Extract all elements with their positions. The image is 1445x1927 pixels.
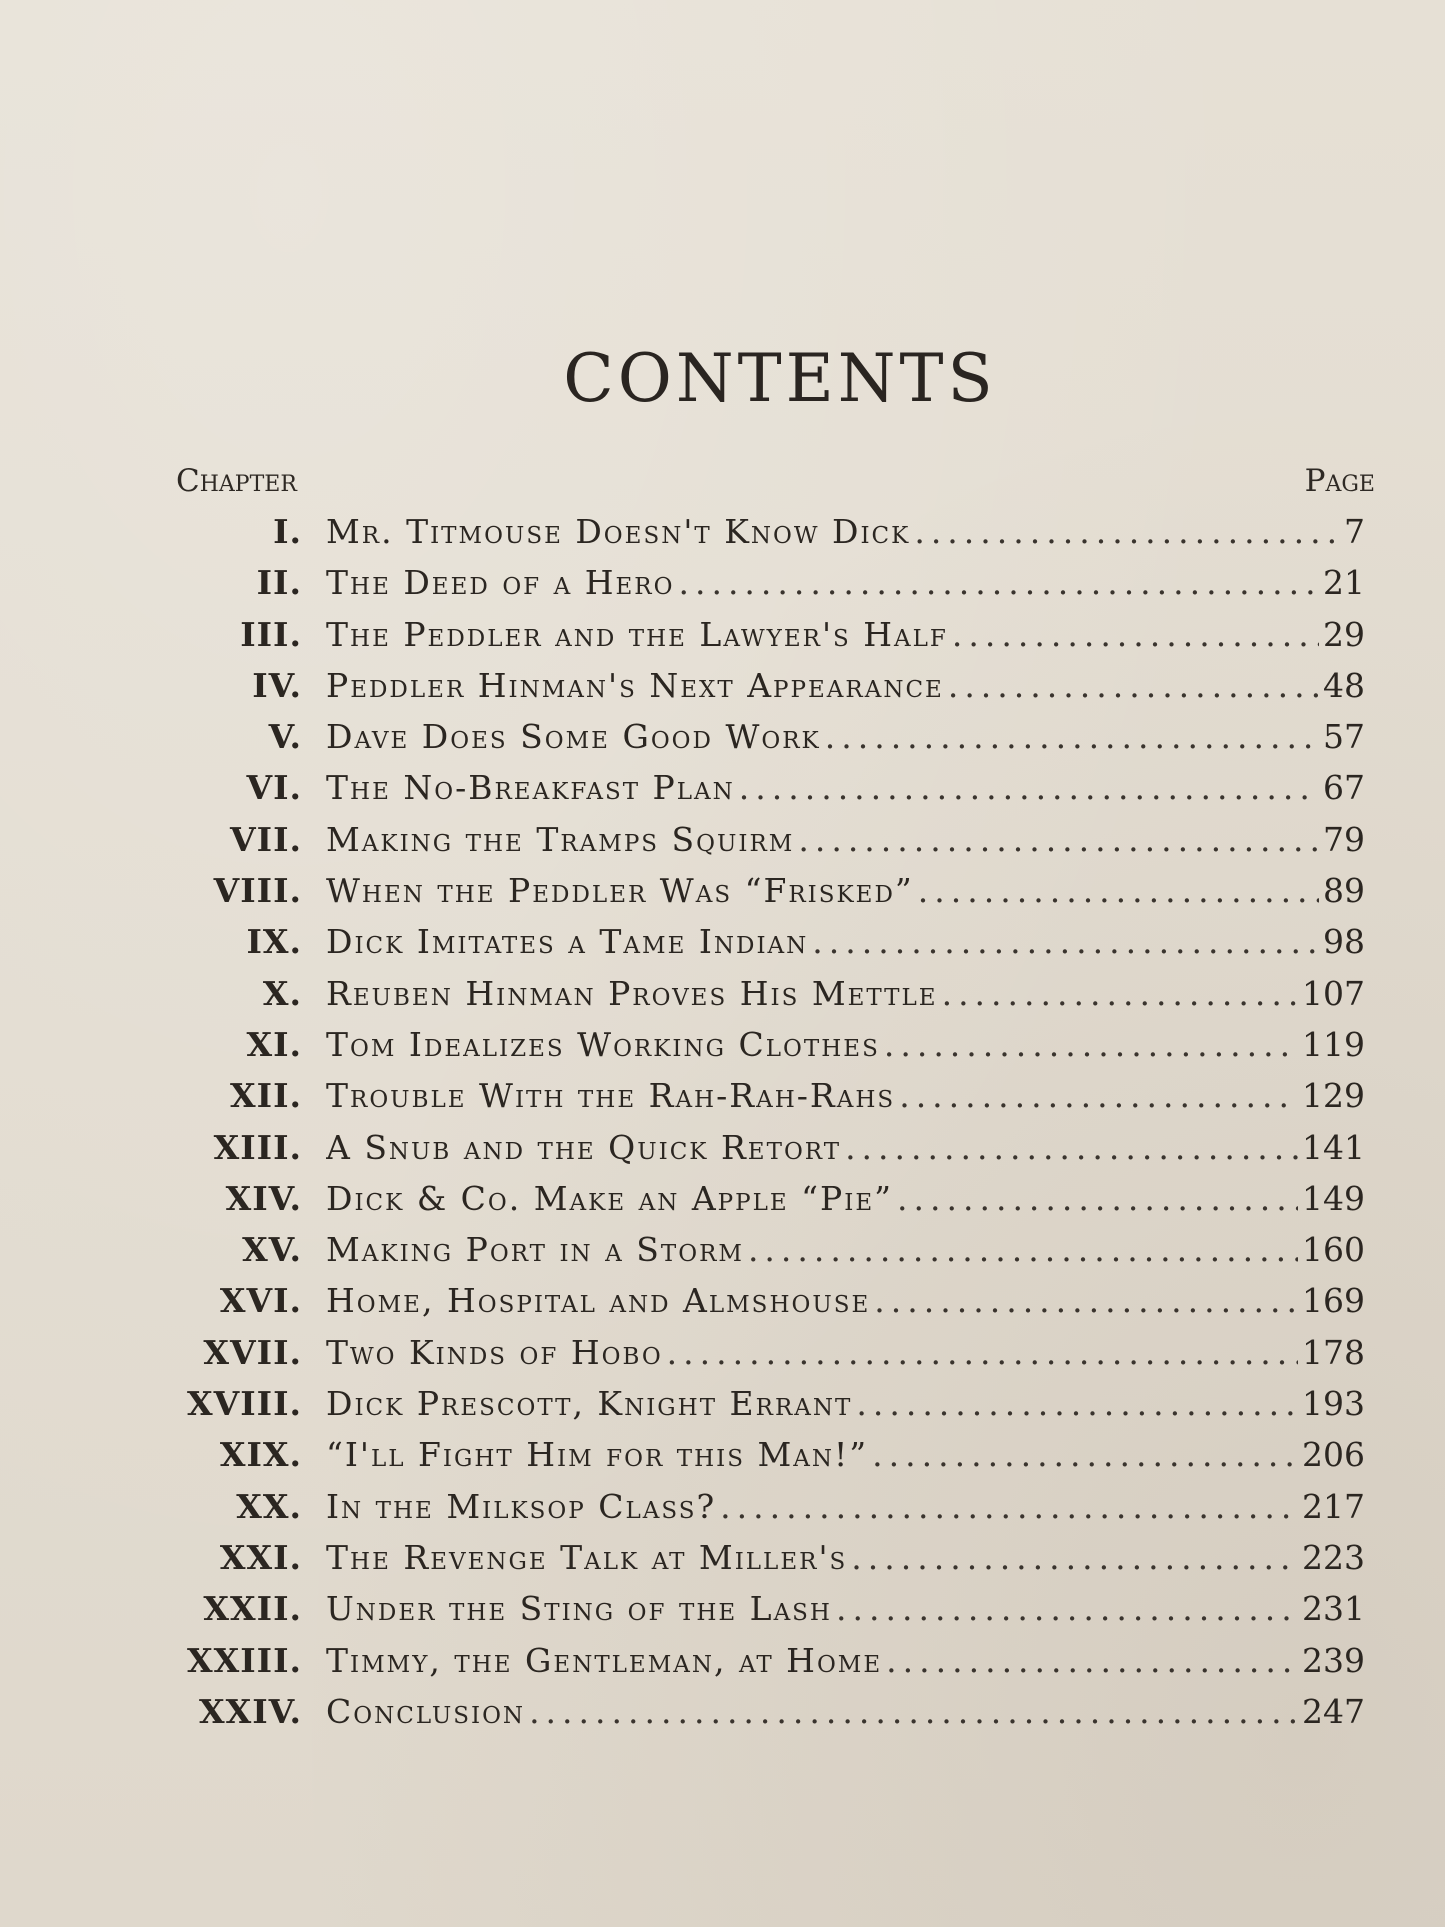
chapter-title: Trouble With the Rah-Rah-Rahs: [326, 1070, 899, 1121]
page-number: 107: [1298, 968, 1365, 1019]
chapter-title: Mr. Titmouse Doesn't Know Dick: [326, 506, 914, 557]
chapter-number: XIV.: [226, 1173, 302, 1224]
dot-leader: [845, 1122, 1298, 1173]
page-number: 67: [1319, 762, 1365, 813]
dot-leader: [872, 1429, 1298, 1480]
toc-entry: XV.Making Port in a Storm160: [0, 1224, 1445, 1275]
toc-entry: XVII.Two Kinds of Hobo178: [0, 1327, 1445, 1378]
dot-leader: [739, 762, 1319, 813]
dot-leader: [886, 1635, 1298, 1686]
chapter-title: Reuben Hinman Proves His Mettle: [326, 968, 942, 1019]
dot-leader: [856, 1378, 1298, 1429]
chapter-title: Dave Does Some Good Work: [326, 711, 825, 762]
page-number: 29: [1319, 609, 1365, 660]
dot-leader: [798, 814, 1319, 865]
chapter-title: A Snub and the Quick Retort: [326, 1122, 845, 1173]
page-number: 247: [1298, 1686, 1365, 1737]
page-number: 169: [1298, 1275, 1365, 1326]
column-header-row: Chapter Page: [176, 463, 1375, 503]
chapter-title: Two Kinds of Hobo: [326, 1327, 667, 1378]
chapter-title: Dick Imitates a Tame Indian: [326, 916, 812, 967]
page-number: 48: [1319, 660, 1365, 711]
toc-entry: XVI.Home, Hospital and Almshouse169: [0, 1275, 1445, 1326]
chapter-title: The Peddler and the Lawyer's Half: [326, 609, 952, 660]
chapter-number: IV.: [252, 660, 302, 711]
chapter-title: Making Port in a Storm: [326, 1224, 748, 1275]
dot-leader: [812, 916, 1319, 967]
chapter-number: XV.: [242, 1224, 302, 1275]
toc-entry: VII.Making the Tramps Squirm79: [0, 814, 1445, 865]
chapter-number: II.: [257, 557, 302, 608]
toc-entry: X.Reuben Hinman Proves His Mettle107: [0, 968, 1445, 1019]
chapter-number: XXII.: [203, 1583, 302, 1634]
dot-leader: [720, 1481, 1298, 1532]
chapter-title: Dick & Co. Make an Apple “Pie”: [326, 1173, 897, 1224]
toc-entry: VI.The No-Breakfast Plan67: [0, 762, 1445, 813]
chapter-number: III.: [240, 609, 302, 660]
toc-entry: XIV.Dick & Co. Make an Apple “Pie”149: [0, 1173, 1445, 1224]
page-number: 193: [1298, 1378, 1365, 1429]
toc-entry: XI.Tom Idealizes Working Clothes119: [0, 1019, 1445, 1070]
dot-leader: [874, 1275, 1298, 1326]
chapter-number: XX.: [236, 1481, 302, 1532]
dot-leader: [897, 1173, 1298, 1224]
page-number: 223: [1298, 1532, 1365, 1583]
chapter-title: The No-Breakfast Plan: [326, 762, 739, 813]
chapter-title: Under the Sting of the Lash: [326, 1583, 836, 1634]
dot-leader: [884, 1019, 1298, 1070]
page-number: 57: [1319, 711, 1365, 762]
chapter-number: VII.: [230, 814, 302, 865]
chapter-number: X.: [263, 968, 302, 1019]
toc-entry: III.The Peddler and the Lawyer's Half29: [0, 609, 1445, 660]
dot-leader: [899, 1070, 1298, 1121]
chapter-title: The Revenge Talk at Miller's: [326, 1532, 851, 1583]
page-number: 141: [1298, 1122, 1365, 1173]
dot-leader: [667, 1327, 1298, 1378]
page-number: 79: [1319, 814, 1365, 865]
page-number: 160: [1298, 1224, 1365, 1275]
chapter-title: The Deed of a Hero: [326, 557, 678, 608]
toc-entry: I.Mr. Titmouse Doesn't Know Dick7: [0, 506, 1445, 557]
chapter-column-label: Chapter: [176, 463, 297, 499]
dot-leader: [851, 1532, 1298, 1583]
toc-entry: IX.Dick Imitates a Tame Indian98: [0, 916, 1445, 967]
chapter-title: Dick Prescott, Knight Errant: [326, 1378, 856, 1429]
page-number: 239: [1298, 1635, 1365, 1686]
toc-entry: XIX.“I'll Fight Him for this Man!”206: [0, 1429, 1445, 1480]
chapter-number: XXIII.: [187, 1635, 302, 1686]
chapter-title: Home, Hospital and Almshouse: [326, 1275, 874, 1326]
chapter-title: Timmy, the Gentleman, at Home: [326, 1635, 886, 1686]
chapter-number: IX.: [246, 916, 302, 967]
toc-entry: XXIII.Timmy, the Gentleman, at Home239: [0, 1635, 1445, 1686]
page-title: CONTENTS: [0, 340, 1445, 417]
table-of-contents: I.Mr. Titmouse Doesn't Know Dick7 II.The…: [0, 506, 1445, 1737]
page-number: 21: [1319, 557, 1365, 608]
page-number: 178: [1298, 1327, 1365, 1378]
chapter-number: VI.: [246, 762, 302, 813]
chapter-number: VIII.: [214, 865, 302, 916]
page-column-label: Page: [1305, 463, 1375, 499]
page-number: 7: [1340, 506, 1365, 557]
dot-leader: [948, 660, 1319, 711]
toc-entry: XII.Trouble With the Rah-Rah-Rahs129: [0, 1070, 1445, 1121]
dot-leader: [529, 1686, 1298, 1737]
dot-leader: [942, 968, 1298, 1019]
chapter-title: Making the Tramps Squirm: [326, 814, 798, 865]
chapter-title: Tom Idealizes Working Clothes: [326, 1019, 884, 1070]
toc-entry: V.Dave Does Some Good Work57: [0, 711, 1445, 762]
chapter-title: In the Milksop Class?: [326, 1481, 720, 1532]
chapter-number: XIII.: [214, 1122, 302, 1173]
page-number: 231: [1298, 1583, 1365, 1634]
dot-leader: [918, 865, 1319, 916]
toc-entry: VIII.When the Peddler Was “Frisked”89: [0, 865, 1445, 916]
chapter-number: XXI.: [220, 1532, 302, 1583]
chapter-number: XIX.: [220, 1429, 302, 1480]
toc-entry: XIII.A Snub and the Quick Retort141: [0, 1122, 1445, 1173]
toc-entry: IV.Peddler Hinman's Next Appearance48: [0, 660, 1445, 711]
chapter-number: XVII.: [203, 1327, 302, 1378]
chapter-number: XVI.: [220, 1275, 302, 1326]
dot-leader: [678, 557, 1319, 608]
toc-entry: XXI.The Revenge Talk at Miller's223: [0, 1532, 1445, 1583]
book-page: CONTENTS Chapter Page I.Mr. Titmouse Doe…: [0, 0, 1445, 1927]
chapter-number: XI.: [246, 1019, 302, 1070]
chapter-number: I.: [273, 506, 302, 557]
dot-leader: [836, 1583, 1298, 1634]
page-number: 206: [1298, 1429, 1365, 1480]
chapter-number: V.: [269, 711, 302, 762]
page-number: 149: [1298, 1173, 1365, 1224]
chapter-number: XVIII.: [187, 1378, 302, 1429]
chapter-number: XXIV.: [199, 1686, 302, 1737]
page-number: 89: [1319, 865, 1365, 916]
toc-entry: II.The Deed of a Hero21: [0, 557, 1445, 608]
chapter-number: XII.: [230, 1070, 302, 1121]
toc-entry: XXIV.Conclusion247: [0, 1686, 1445, 1737]
page-number: 119: [1298, 1019, 1365, 1070]
dot-leader: [914, 506, 1340, 557]
page-number: 129: [1298, 1070, 1365, 1121]
dot-leader: [748, 1224, 1298, 1275]
toc-entry: XVIII.Dick Prescott, Knight Errant193: [0, 1378, 1445, 1429]
chapter-title: “I'll Fight Him for this Man!”: [326, 1429, 872, 1480]
chapter-title: Conclusion: [326, 1686, 529, 1737]
dot-leader: [952, 609, 1319, 660]
toc-entry: XX.In the Milksop Class?217: [0, 1481, 1445, 1532]
page-number: 98: [1319, 916, 1365, 967]
chapter-title: Peddler Hinman's Next Appearance: [326, 660, 948, 711]
dot-leader: [825, 711, 1319, 762]
toc-entry: XXII.Under the Sting of the Lash231: [0, 1583, 1445, 1634]
page-number: 217: [1298, 1481, 1365, 1532]
chapter-title: When the Peddler Was “Frisked”: [326, 865, 918, 916]
